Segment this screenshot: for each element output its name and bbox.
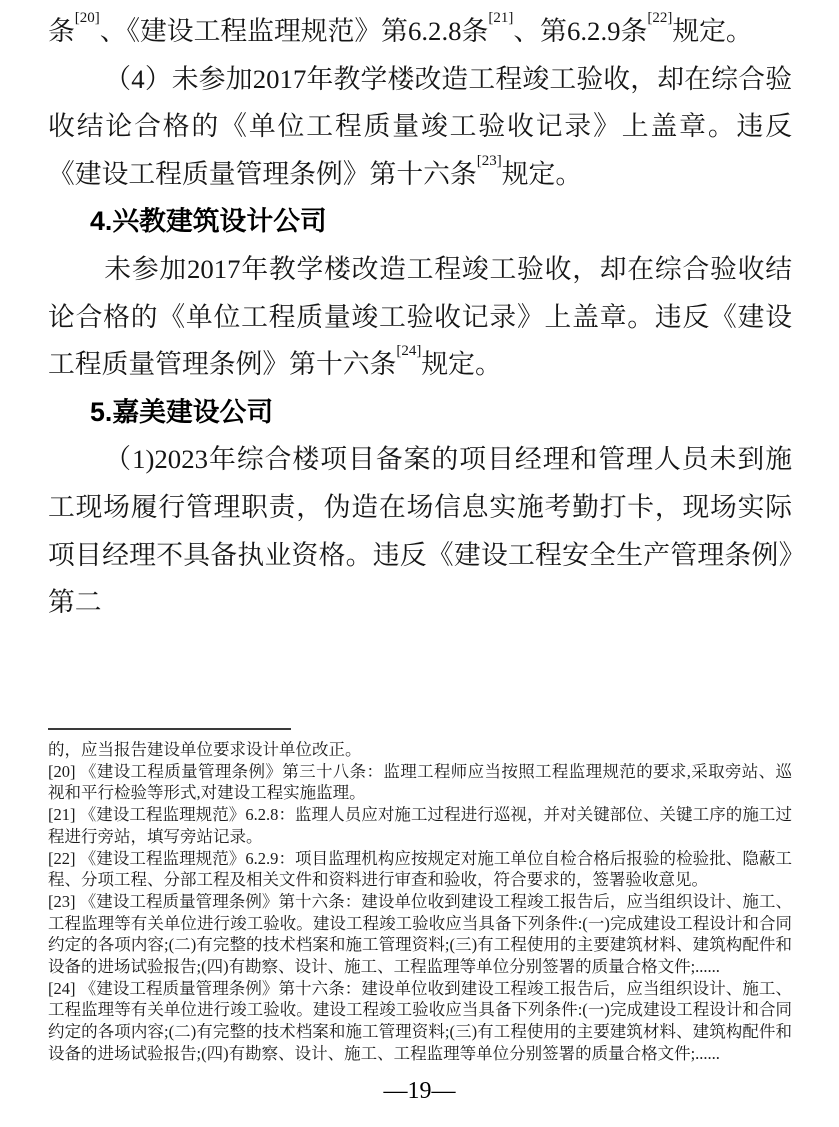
body-paragraph: 未参加2017年教学楼改造工程竣工验收，却在综合验收结论合格的《单位工程质量竣工… bbox=[48, 246, 792, 389]
body-paragraph: 条[20]、《建设工程监理规范》第6.2.8条[21]、第6.2.9条[22]规… bbox=[48, 8, 792, 56]
text-run: 规定。 bbox=[502, 159, 582, 189]
footnote-ref: [21] bbox=[488, 10, 513, 26]
footnote-ref: [20] bbox=[75, 10, 100, 26]
document-page: 条[20]、《建设工程监理规范》第6.2.8条[21]、第6.2.9条[22]规… bbox=[0, 0, 839, 1127]
footnote-marker: [22] bbox=[48, 849, 80, 868]
body-paragraph: （1)2023年综合楼项目备案的项目经理和管理人员未到施工现场履行管理职责，伪造… bbox=[48, 436, 792, 626]
footnote-ref: [23] bbox=[477, 153, 502, 169]
text-run: 条 bbox=[48, 16, 75, 46]
footnote-item: [21] 《建设工程监理规范》6.2.8：监理人员应对施工过程进行巡视，并对关键… bbox=[48, 804, 792, 847]
section-heading: 5.嘉美建设公司 bbox=[48, 389, 792, 437]
page-number: —19— bbox=[0, 1078, 839, 1105]
text-run: 规定。 bbox=[421, 349, 501, 379]
footnote-ref: [22] bbox=[647, 10, 672, 26]
text-run: （4）未参加2017年教学楼改造工程竣工验收，却在综合验收结论合格的《单位工程质… bbox=[48, 64, 792, 189]
text-run: 、《建设工程监理规范》第6.2.8条 bbox=[100, 16, 489, 46]
text-run: 4.兴教建筑设计公司 bbox=[90, 206, 327, 236]
text-run: （1)2023年综合楼项目备案的项目经理和管理人员未到施工现场履行管理职责，伪造… bbox=[48, 444, 792, 617]
footnote-item: [24] 《建设工程质量管理条例》第十六条：建设单位收到建设工程竣工报告后，应当… bbox=[48, 978, 792, 1065]
footnote-marker: [21] bbox=[48, 805, 80, 824]
footnotes-section: 的，应当报告建设单位要求设计单位改正。[20] 《建设工程质量管理条例》第三十八… bbox=[48, 728, 792, 1065]
footnote-item: [23] 《建设工程质量管理条例》第十六条：建设单位收到建设工程竣工报告后，应当… bbox=[48, 891, 792, 978]
footnote-continuation: 的，应当报告建设单位要求设计单位改正。 bbox=[48, 739, 792, 761]
footnote-text: 《建设工程质量管理条例》第十六条：建设单位收到建设工程竣工报告后，应当组织设计、… bbox=[48, 892, 792, 976]
footnote-separator bbox=[48, 728, 291, 730]
footnote-text: 《建设工程监理规范》6.2.9：项目监理机构应按规定对施工单位自检合格后报验的检… bbox=[48, 849, 792, 890]
footnote-text: 《建设工程质量管理条例》第十六条：建设单位收到建设工程竣工报告后，应当组织设计、… bbox=[48, 979, 792, 1063]
footnote-item: [22] 《建设工程监理规范》6.2.9：项目监理机构应按规定对施工单位自检合格… bbox=[48, 848, 792, 891]
text-run: 未参加2017年教学楼改造工程竣工验收，却在综合验收结论合格的《单位工程质量竣工… bbox=[48, 254, 792, 379]
main-text: 条[20]、《建设工程监理规范》第6.2.8条[21]、第6.2.9条[22]规… bbox=[48, 8, 792, 627]
footnote-ref: [24] bbox=[396, 343, 421, 359]
footnote-text: 《建设工程监理规范》6.2.8：监理人员应对施工过程进行巡视，并对关键部位、关键… bbox=[48, 805, 792, 846]
footnote-marker: [23] bbox=[48, 892, 80, 911]
text-run: 5.嘉美建设公司 bbox=[90, 397, 273, 427]
footnote-text: 《建设工程质量管理条例》第三十八条：监理工程师应当按照工程监理规范的要求,采取旁… bbox=[48, 762, 792, 803]
text-run: 、第6.2.9条 bbox=[513, 16, 647, 46]
body-paragraph: （4）未参加2017年教学楼改造工程竣工验收，却在综合验收结论合格的《单位工程质… bbox=[48, 56, 792, 199]
footnote-marker: [20] bbox=[48, 762, 80, 781]
footnote-text: 的，应当报告建设单位要求设计单位改正。 bbox=[48, 740, 362, 759]
text-run: 规定。 bbox=[672, 16, 752, 46]
footnote-list: 的，应当报告建设单位要求设计单位改正。[20] 《建设工程质量管理条例》第三十八… bbox=[48, 739, 792, 1065]
footnote-marker: [24] bbox=[48, 979, 80, 998]
footnote-item: [20] 《建设工程质量管理条例》第三十八条：监理工程师应当按照工程监理规范的要… bbox=[48, 761, 792, 804]
section-heading: 4.兴教建筑设计公司 bbox=[48, 198, 792, 246]
